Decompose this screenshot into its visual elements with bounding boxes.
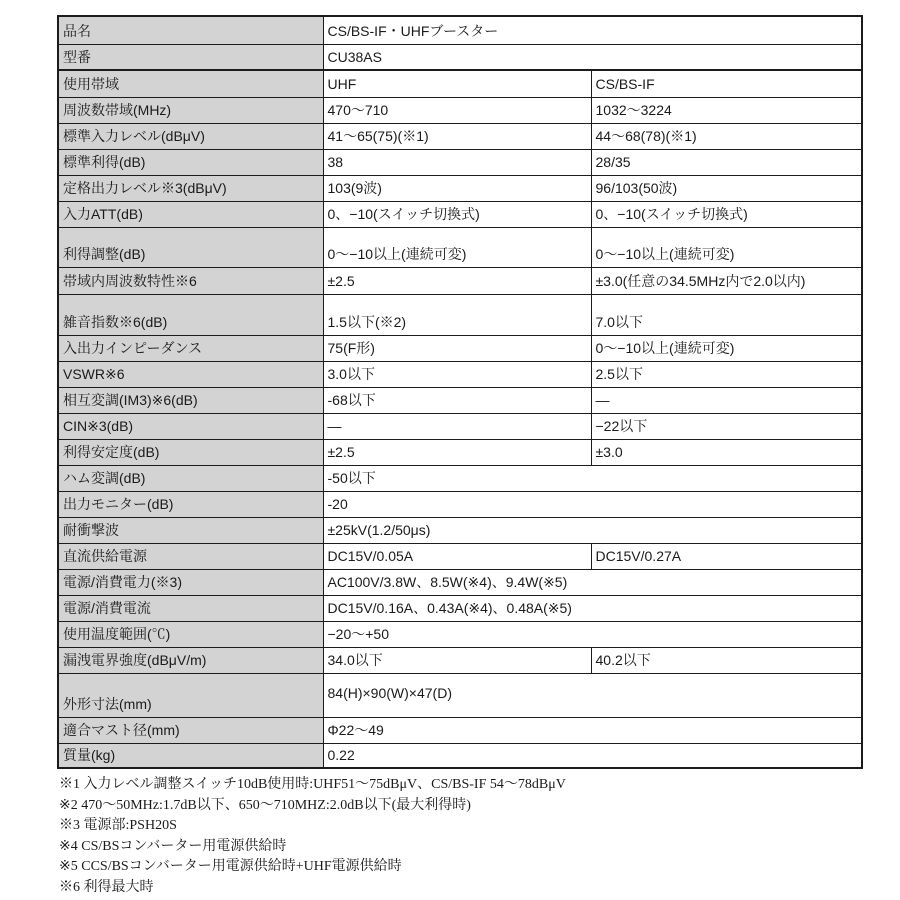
spec-row: 標準入力レベル(dBμV)41〜65(75)(※1)44〜68(78)(※1) <box>58 123 862 149</box>
spec-row-label: 利得調整(dB) <box>58 227 323 267</box>
spec-row-label: 品名 <box>58 16 323 44</box>
spec-value-uhf: 0、−10(スイッチ切換式) <box>323 201 591 227</box>
spec-row-label: 電源/消費電力(※3) <box>58 569 323 595</box>
spec-value-uhf: 1.5以下(※2) <box>323 294 591 335</box>
spec-row: 雑音指数※6(dB)1.5以下(※2)7.0以下 <box>58 294 862 335</box>
spec-value-span: 0.22 <box>323 743 862 768</box>
footnote-line: ※3 電源部:PSH20S <box>59 816 566 837</box>
spec-value-csbsif: ±3.0 <box>591 439 862 465</box>
spec-row: 耐衝撃波±25kV(1.2/50μs) <box>58 517 862 543</box>
footnotes: ※1 入力レベル調整スイッチ10dB使用時:UHF51〜75dBμV、CS/BS… <box>59 775 566 898</box>
spec-row-label: 帯域内周波数特性※6 <box>58 267 323 294</box>
spec-value-uhf: 75(F形) <box>323 335 591 361</box>
spec-row-label: 直流供給電源 <box>58 543 323 569</box>
spec-value-csbsif: 28/35 <box>591 149 862 175</box>
spec-row: 電源/消費電流DC15V/0.16A、0.43A(※4)、0.48A(※5) <box>58 595 862 621</box>
footnote-line: ※2 470〜50MHz:1.7dB以下、650〜710MHZ:2.0dB以下(… <box>59 796 566 817</box>
spec-row: 直流供給電源DC15V/0.05ADC15V/0.27A <box>58 543 862 569</box>
spec-value-span: ±25kV(1.2/50μs) <box>323 517 862 543</box>
spec-row: 入力ATT(dB)0、−10(スイッチ切換式)0、−10(スイッチ切換式) <box>58 201 862 227</box>
spec-value-span: CS/BS-IF・UHFブースター <box>323 16 862 44</box>
spec-row-label: 相互変調(IM3)※6(dB) <box>58 387 323 413</box>
spec-value-uhf: DC15V/0.05A <box>323 543 591 569</box>
spec-table-body: 品名CS/BS-IF・UHFブースター型番CU38AS使用帯域UHFCS/BS-… <box>58 16 862 768</box>
spec-row: 利得安定度(dB)±2.5±3.0 <box>58 439 862 465</box>
spec-value-csbsif: 7.0以下 <box>591 294 862 335</box>
spec-row: ハム変調(dB)-50以下 <box>58 465 862 491</box>
footnote-line: ※1 入力レベル調整スイッチ10dB使用時:UHF51〜75dBμV、CS/BS… <box>59 775 566 796</box>
spec-value-uhf: 41〜65(75)(※1) <box>323 123 591 149</box>
spec-row: 帯域内周波数特性※6±2.5±3.0(任意の34.5MHz内で2.0以内) <box>58 267 862 294</box>
spec-row-label: 電源/消費電流 <box>58 595 323 621</box>
spec-value-uhf: UHF <box>323 70 591 97</box>
spec-row: 電源/消費電力(※3)AC100V/3.8W、8.5W(※4)、9.4W(※5) <box>58 569 862 595</box>
spec-value-span: Φ22〜49 <box>323 717 862 743</box>
spec-row: 定格出力レベル※3(dBμV)103(9波)96/103(50波) <box>58 175 862 201</box>
spec-row: 使用帯域UHFCS/BS-IF <box>58 70 862 97</box>
spec-value-span: AC100V/3.8W、8.5W(※4)、9.4W(※5) <box>323 569 862 595</box>
spec-value-span: -50以下 <box>323 465 862 491</box>
spec-value-csbsif: ― <box>591 387 862 413</box>
spec-value-csbsif: 2.5以下 <box>591 361 862 387</box>
spec-value-span: -20 <box>323 491 862 517</box>
spec-value-csbsif: 96/103(50波) <box>591 175 862 201</box>
spec-row: 漏洩電界強度(dBμV/m)34.0以下40.2以下 <box>58 647 862 673</box>
spec-value-span: 84(H)×90(W)×47(D) <box>323 673 862 717</box>
spec-row: 型番CU38AS <box>58 44 862 70</box>
spec-row-label: 耐衝撃波 <box>58 517 323 543</box>
spec-row: VSWR※63.0以下2.5以下 <box>58 361 862 387</box>
spec-row: 周波数帯域(MHz)470〜7101032〜3224 <box>58 97 862 123</box>
spec-value-csbsif: 0、−10(スイッチ切換式) <box>591 201 862 227</box>
spec-value-csbsif: 0〜−10以上(連続可変) <box>591 335 862 361</box>
spec-row-label: 標準利得(dB) <box>58 149 323 175</box>
spec-row: 相互変調(IM3)※6(dB)-68以下― <box>58 387 862 413</box>
spec-table: 品名CS/BS-IF・UHFブースター型番CU38AS使用帯域UHFCS/BS-… <box>57 15 863 769</box>
spec-row: 適合マスト径(mm)Φ22〜49 <box>58 717 862 743</box>
spec-row-label: 漏洩電界強度(dBμV/m) <box>58 647 323 673</box>
spec-value-uhf: 103(9波) <box>323 175 591 201</box>
spec-value-uhf: ±2.5 <box>323 439 591 465</box>
spec-row-label: 定格出力レベル※3(dBμV) <box>58 175 323 201</box>
spec-sheet: 品名CS/BS-IF・UHFブースター型番CU38AS使用帯域UHFCS/BS-… <box>0 0 900 900</box>
spec-value-csbsif: 0〜−10以上(連続可変) <box>591 227 862 267</box>
spec-value-csbsif: −22以下 <box>591 413 862 439</box>
spec-row: 標準利得(dB)3828/35 <box>58 149 862 175</box>
footnote-line: ※5 CCS/BSコンバーター用電源供給時+UHF電源供給時 <box>59 857 566 878</box>
spec-value-csbsif: 40.2以下 <box>591 647 862 673</box>
spec-value-uhf: -68以下 <box>323 387 591 413</box>
spec-value-csbsif: ±3.0(任意の34.5MHz内で2.0以内) <box>591 267 862 294</box>
spec-value-uhf: 0〜−10以上(連続可変) <box>323 227 591 267</box>
spec-row: 出力モニター(dB)-20 <box>58 491 862 517</box>
spec-row: CIN※3(dB)―−22以下 <box>58 413 862 439</box>
spec-value-span: DC15V/0.16A、0.43A(※4)、0.48A(※5) <box>323 595 862 621</box>
spec-row-label: 適合マスト径(mm) <box>58 717 323 743</box>
spec-row-label: 質量(kg) <box>58 743 323 768</box>
spec-row-label: 使用帯域 <box>58 70 323 97</box>
spec-value-span: −20〜+50 <box>323 621 862 647</box>
spec-row-label: 出力モニター(dB) <box>58 491 323 517</box>
spec-row: 利得調整(dB)0〜−10以上(連続可変)0〜−10以上(連続可変) <box>58 227 862 267</box>
spec-value-span: CU38AS <box>323 44 862 70</box>
spec-value-uhf: ― <box>323 413 591 439</box>
spec-row-label: 外形寸法(mm) <box>58 673 323 717</box>
spec-value-csbsif: 1032〜3224 <box>591 97 862 123</box>
spec-row-label: 入力ATT(dB) <box>58 201 323 227</box>
spec-value-uhf: 34.0以下 <box>323 647 591 673</box>
spec-value-csbsif: CS/BS-IF <box>591 70 862 97</box>
spec-row: 外形寸法(mm)84(H)×90(W)×47(D) <box>58 673 862 717</box>
spec-value-csbsif: 44〜68(78)(※1) <box>591 123 862 149</box>
spec-value-uhf: ±2.5 <box>323 267 591 294</box>
spec-row: 質量(kg)0.22 <box>58 743 862 768</box>
spec-row: 品名CS/BS-IF・UHFブースター <box>58 16 862 44</box>
spec-row-label: VSWR※6 <box>58 361 323 387</box>
spec-value-uhf: 38 <box>323 149 591 175</box>
spec-row-label: 周波数帯域(MHz) <box>58 97 323 123</box>
spec-row-label: 入出力インピーダンス <box>58 335 323 361</box>
spec-row-label: 使用温度範囲(℃) <box>58 621 323 647</box>
spec-row-label: ハム変調(dB) <box>58 465 323 491</box>
spec-row-label: CIN※3(dB) <box>58 413 323 439</box>
spec-value-csbsif: DC15V/0.27A <box>591 543 862 569</box>
footnote-line: ※4 CS/BSコンバーター用電源供給時 <box>59 837 566 858</box>
spec-row-label: 利得安定度(dB) <box>58 439 323 465</box>
spec-row-label: 標準入力レベル(dBμV) <box>58 123 323 149</box>
spec-row: 使用温度範囲(℃)−20〜+50 <box>58 621 862 647</box>
spec-row: 入出力インピーダンス75(F形)0〜−10以上(連続可変) <box>58 335 862 361</box>
spec-row-label: 雑音指数※6(dB) <box>58 294 323 335</box>
spec-value-uhf: 3.0以下 <box>323 361 591 387</box>
spec-value-uhf: 470〜710 <box>323 97 591 123</box>
footnote-line: ※6 利得最大時 <box>59 878 566 899</box>
spec-row-label: 型番 <box>58 44 323 70</box>
